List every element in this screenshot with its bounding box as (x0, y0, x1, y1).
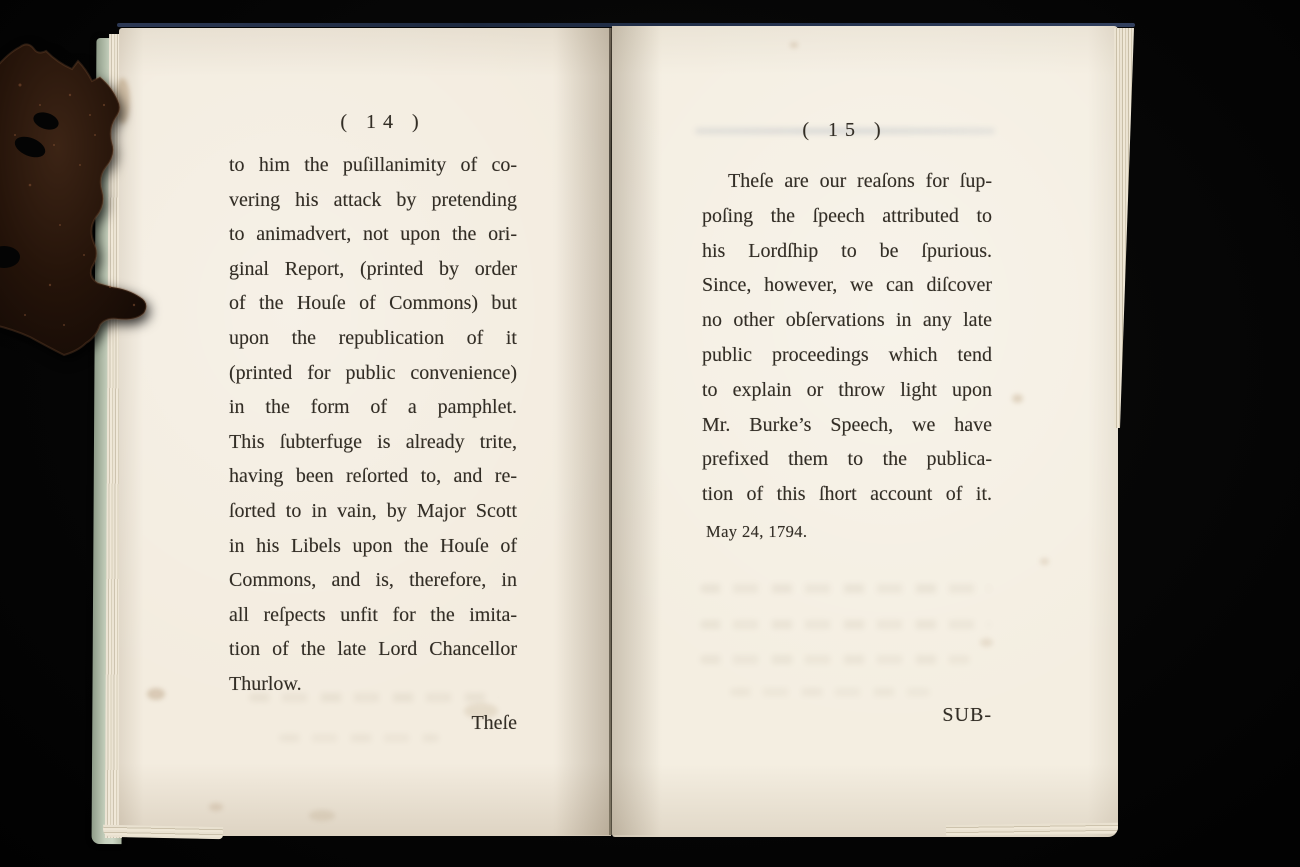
metal-clip-body (0, 44, 146, 355)
text-line: Since, however, we can diſcover (702, 268, 992, 303)
text-line: public proceedings which tend (702, 338, 992, 373)
text-line: ginal Report, (printed by order (229, 252, 517, 287)
text-line: all reſpects unfit for the imita- (229, 598, 517, 633)
foxing-spot (1040, 558, 1049, 565)
text-line: (printed for public convenience) (229, 356, 517, 391)
text-line: in the form of a pamphlet. (229, 390, 517, 425)
page-number-left: ( 14 ) (243, 111, 523, 134)
show-through-smudge (700, 620, 990, 629)
text-line: in his Libels upon the Houſe of (229, 529, 517, 564)
gutter-shadow (612, 26, 660, 835)
text-line: vering his attack by pretending (229, 183, 517, 218)
gutter-shadow (556, 28, 609, 835)
text-line: his Lordſhip to be ſpurious. (702, 234, 992, 269)
text-line: This ſubterfuge is already trite, (229, 425, 517, 460)
show-through-smudge (700, 584, 990, 593)
text-line: poſing the ſpeech attributed to (702, 199, 992, 234)
text-line: prefixed them to the publica- (702, 442, 992, 477)
text-line: of the Houſe of Commons) but (229, 286, 517, 321)
page-stack-bottom-left (103, 825, 223, 840)
date-line: May 24, 1794. (706, 522, 807, 542)
metal-clip (0, 25, 164, 370)
catchword-right: SUB- (702, 704, 992, 727)
catchword-left: Theſe (229, 712, 535, 735)
fore-edge-right (1114, 28, 1134, 428)
foxing-spot (147, 688, 165, 700)
text-line: to animadvert, not upon the ori- (229, 217, 517, 252)
text-line: upon the republication of it (229, 321, 517, 356)
text-line: Commons, and is, therefore, in (229, 563, 517, 598)
stain (309, 810, 335, 821)
text-line: Thurlow. (229, 667, 517, 702)
foxing-spot (1012, 394, 1023, 403)
text-line: tion of this ſhort account of it. (702, 477, 992, 512)
show-through-smudge (279, 734, 439, 742)
right-page-text-column: Theſe are our reaſons for ſup- poſing th… (702, 164, 992, 512)
text-line: to explain or throw light upon (702, 373, 992, 408)
foxing-spot (209, 803, 223, 811)
text-line: ſorted to in vain, by Major Scott (229, 494, 517, 529)
text-line: Mr. Burke’s Speech, we have (702, 408, 992, 443)
show-through-smudge (700, 655, 970, 664)
photo-scene: ( 14 ) to him the puſillanimity of co- v… (0, 0, 1300, 867)
page-number-right: ( 15 ) (705, 119, 985, 142)
text-line: tion of the late Lord Chancellor (229, 632, 517, 667)
text-line: having been reſorted to, and re- (229, 459, 517, 494)
show-through-smudge (730, 688, 930, 696)
text-line: Theſe are our reaſons for ſup- (702, 164, 992, 199)
text-line: to him the puſillanimity of co- (229, 148, 517, 183)
gutter-crease (609, 28, 612, 835)
foxing-spot (790, 42, 798, 48)
foxing-spot (980, 638, 993, 647)
text-line: no other obſervations in any late (702, 303, 992, 338)
left-page-text-column: to him the puſillanimity of co- vering h… (229, 148, 517, 702)
